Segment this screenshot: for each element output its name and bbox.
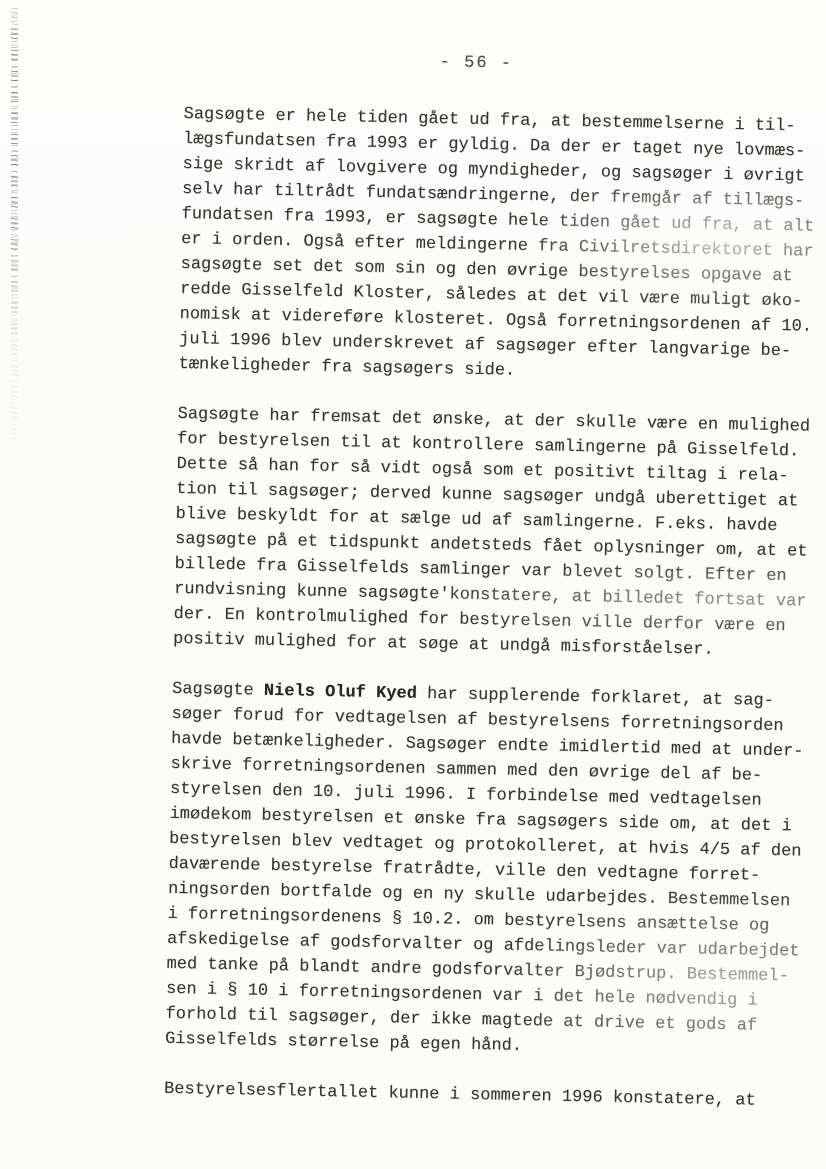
paragraph-2: Sagsøgte har fremsat det ønske, at der s… bbox=[173, 402, 826, 665]
document-text-block: - 56 - Sagsøgte er hele tiden gået ud fr… bbox=[164, 45, 826, 1115]
paragraph-3: Sagsøgte Niels Oluf Kyed har supplerende… bbox=[165, 677, 826, 1065]
scanned-document-page: { "page": { "number_label": "- 56 -", "p… bbox=[0, 0, 826, 1169]
paragraph-1: Sagsøgte er hele tiden gået ud fra, at b… bbox=[178, 102, 826, 390]
paragraph-3-prefix: Sagsøgte bbox=[172, 680, 264, 701]
page-number: - 56 - bbox=[439, 50, 513, 76]
scan-noise-strip bbox=[11, 8, 18, 442]
paragraph-3-rest: har supplerende forklaret, at sag- søger… bbox=[165, 685, 804, 1056]
defendant-name: Niels Oluf Kyed bbox=[264, 682, 417, 704]
